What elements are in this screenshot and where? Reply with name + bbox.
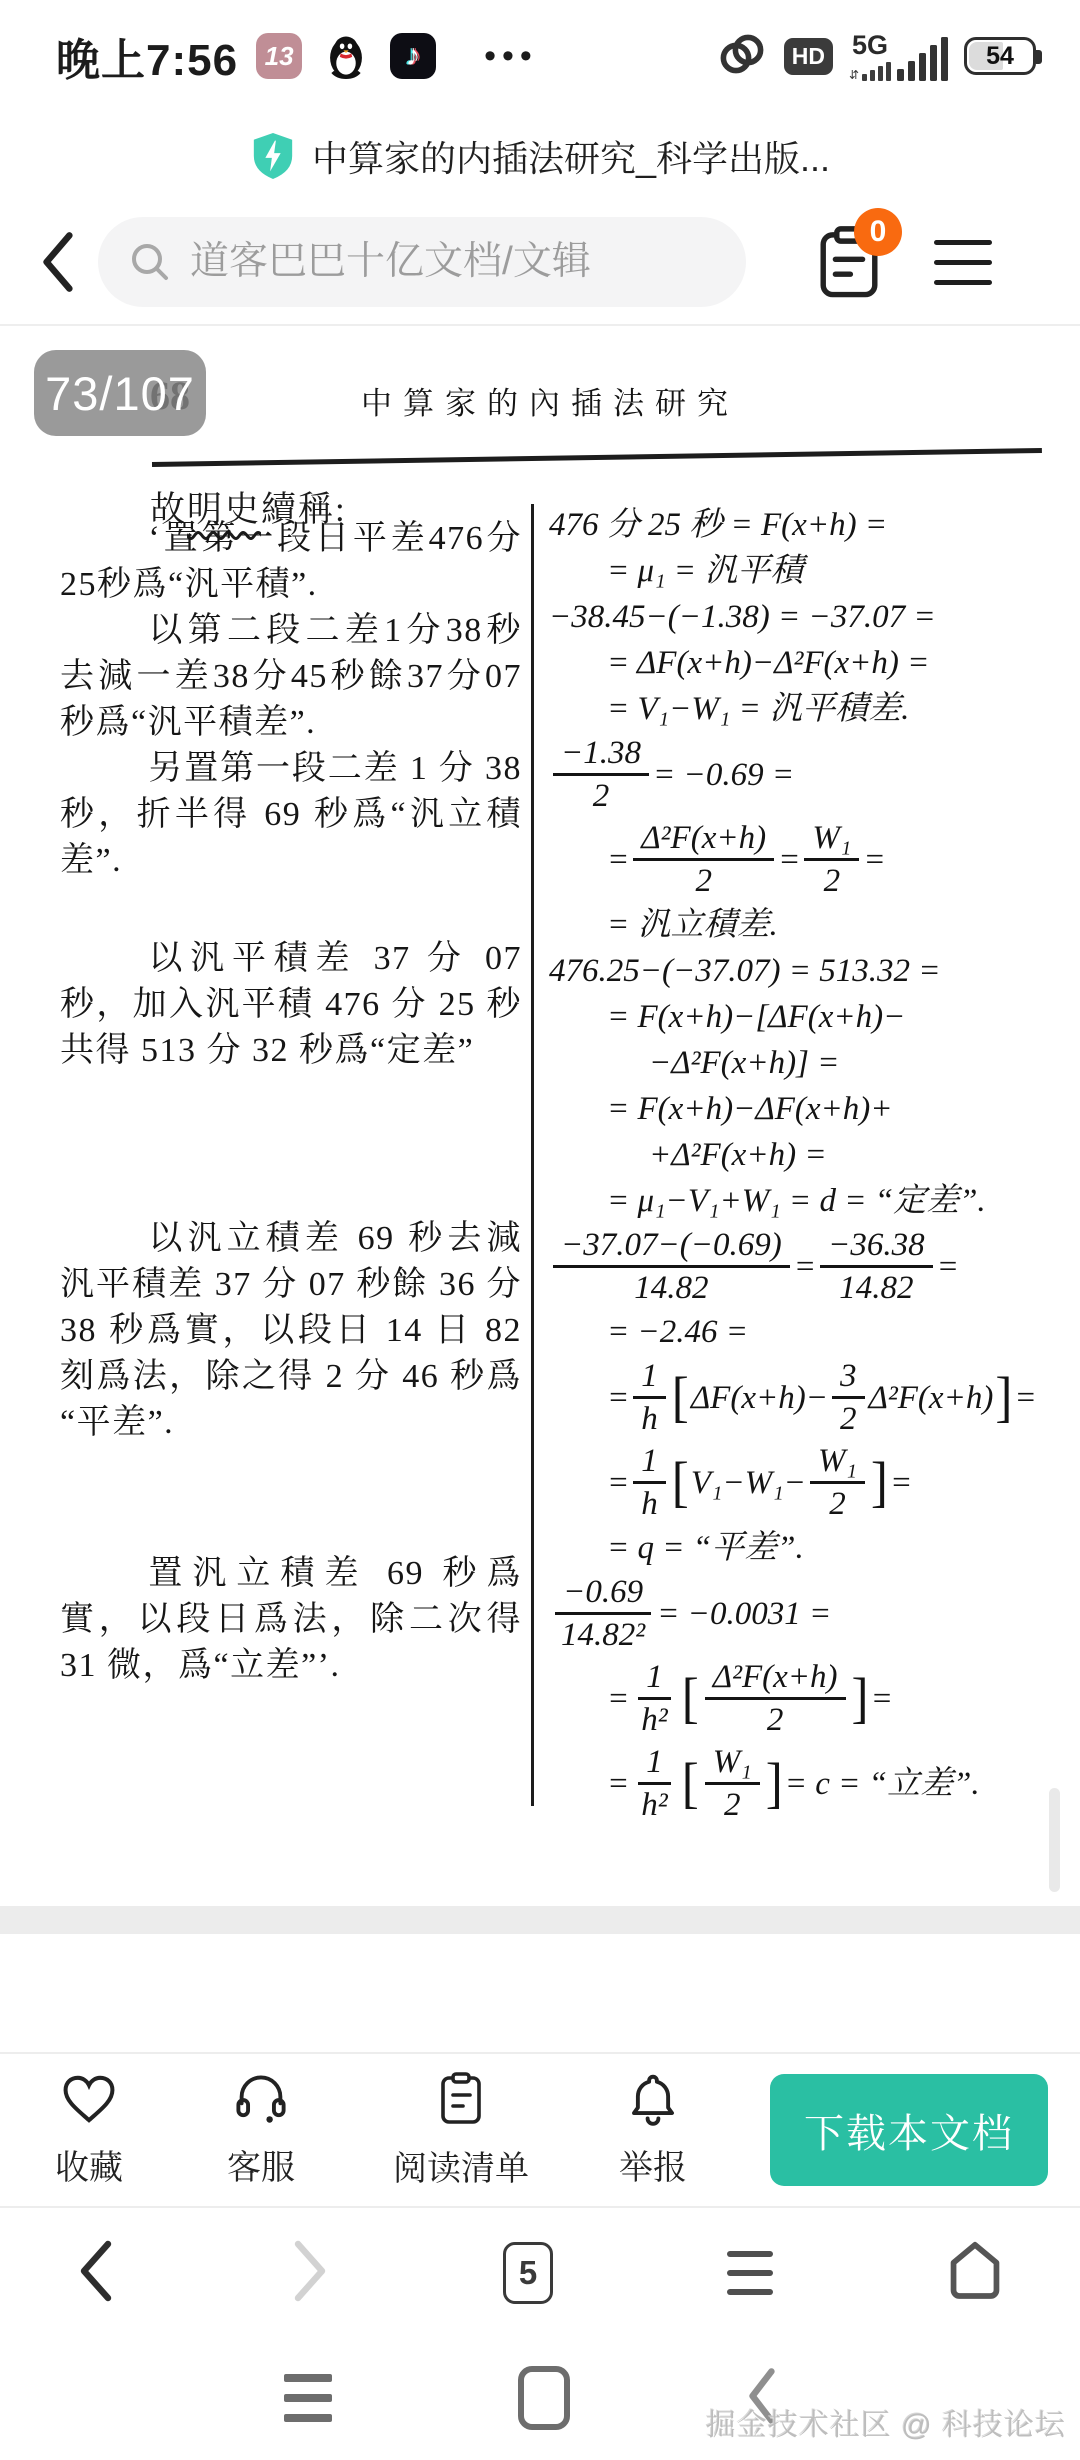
- network-type-label: 5G: [852, 32, 888, 59]
- formula-line: −37.07−(−0.69)14.82 = −36.3814.82 =: [549, 1224, 1065, 1309]
- formula-line: = 1h²[Δ²F(x+h)2] =: [549, 1656, 1065, 1741]
- reading-list-shortcut[interactable]: 0: [816, 224, 882, 300]
- search-icon: [128, 240, 172, 284]
- report-button[interactable]: 举报: [578, 2072, 728, 2189]
- signal-block: 5G ⇵: [849, 32, 948, 81]
- clock: 晚上7:56: [56, 24, 238, 88]
- battery-percent: 54: [986, 42, 1014, 71]
- bottom-toolbar: 收藏 客服 阅读清单 举报: [0, 2052, 1080, 2208]
- signal-bars-sim2-icon: [897, 37, 948, 81]
- more-notifications-dots: •••: [484, 37, 538, 76]
- volte-hd-icon: HD: [784, 38, 833, 75]
- clipboard-badge: 0: [854, 208, 902, 256]
- scrollbar-thumb: [1049, 1788, 1060, 1892]
- formula-column: 476 分 25 秒 = F(x+h) == μ₁ = 汎平積−38.45−(−…: [549, 502, 1065, 1826]
- formula-line: 476 分 25 秒 = F(x+h) =: [549, 502, 1065, 548]
- scan-paragraph: 另置第一段二差 1 分 38 秒，折半得 69 秒爲“汎立積差”.: [60, 746, 522, 884]
- favorite-button[interactable]: 收藏: [14, 2072, 164, 2189]
- doc-title: 中算家的内插法研究_科学出版...: [312, 131, 830, 182]
- formula-line: 476.25−(−37.07) = 513.32 =: [549, 948, 1065, 994]
- status-right: HD 5G ⇵ 54: [716, 32, 1036, 81]
- status-bar: 晚上7:56 13 ♪ •••: [0, 0, 1080, 112]
- tiktok-app-icon: ♪: [390, 33, 436, 79]
- download-document-button[interactable]: 下载本文档: [770, 2074, 1048, 2186]
- page-separator: [0, 1906, 1080, 1934]
- battery-indicator: 54: [964, 37, 1036, 75]
- formula-line: = V₁−W₁ = 汎平積差.: [549, 686, 1065, 732]
- doc-title-row: 中算家的内插法研究_科学出版...: [0, 112, 1080, 200]
- hamburger-menu-button[interactable]: [934, 240, 992, 285]
- formula-line: = q = “平差”.: [549, 1525, 1065, 1571]
- nav-home-button[interactable]: [946, 2240, 1004, 2307]
- formula-line: +Δ²F(x+h) =: [549, 1132, 1065, 1178]
- formula-line: = 1h[ΔF(x+h)−32 Δ²F(x+h)]=: [549, 1355, 1065, 1440]
- tab-count-button[interactable]: 5: [503, 2242, 553, 2304]
- watermark-text: 掘金技术社区 @ 科技论坛: [706, 2400, 1066, 2444]
- formula-line: = −2.46 =: [549, 1309, 1065, 1355]
- browser-nav-bar: 5: [0, 2210, 1080, 2336]
- bell-icon: [627, 2072, 679, 2126]
- headset-icon: [233, 2072, 289, 2126]
- notification-icons: 13 ♪ •••: [256, 33, 538, 79]
- signal-bars-sim1-icon: ⇵: [849, 62, 891, 81]
- formula-line: −0.6914.82² = −0.0031 =: [549, 1571, 1065, 1656]
- scan-paragraph: 以汎平積差 37 分 07 秒，加入汎平積 476 分 25 秒共得 513 分…: [60, 936, 522, 1074]
- left-text-column: ‘置第一段日平差476分25秒爲“汎平積”.以第二段二差1分38秒去減一差38分…: [60, 516, 522, 1689]
- favorite-label: 收藏: [55, 2140, 123, 2189]
- scan-paragraph: 置汎立積差 69 秒爲實，以段日爲法，除二次得 31 微，爲“立差”’.: [60, 1551, 522, 1689]
- formula-line: = Δ²F(x+h)2 = W₁2 =: [549, 817, 1065, 902]
- linked-rings-icon: [716, 32, 768, 81]
- qq-penguin-icon: [324, 33, 368, 79]
- formula-line: −1.382 = −0.69 =: [549, 732, 1065, 817]
- nav-back-button[interactable]: [76, 2238, 116, 2309]
- formula-line: = μ₁ = 汎平積: [549, 548, 1065, 594]
- header-rule: [152, 448, 1042, 466]
- report-label: 举报: [619, 2140, 687, 2189]
- customer-service-label: 客服: [227, 2140, 295, 2189]
- formula-line: = 汎立積差.: [549, 902, 1065, 948]
- document-page: 68 73/107 中算家的內插法研究 故明史續稱: ‘置第一段日平差476分2…: [0, 326, 1080, 1906]
- formula-line: = 1h[ V₁−W₁−W₁2]=: [549, 1440, 1065, 1525]
- browser-top-bar: 0: [0, 200, 1080, 326]
- scan-paragraph: ‘置第一段日平差476分25秒爲“汎平積”.: [60, 516, 522, 608]
- book-header-title: 中算家的內插法研究: [140, 378, 960, 423]
- formula-line: = F(x+h)−[ΔF(x+h)−: [549, 994, 1065, 1040]
- system-nav-bar: 掘金技术社区 @ 科技论坛: [0, 2336, 1080, 2460]
- system-menu-button[interactable]: [284, 2374, 332, 2422]
- column-divider: [531, 504, 534, 1806]
- nav-menu-button[interactable]: [727, 2251, 773, 2295]
- search-bar[interactable]: [98, 217, 746, 307]
- heart-icon: [60, 2072, 118, 2126]
- nav-forward-button[interactable]: [290, 2238, 330, 2309]
- scan-paragraph: 以汎立積差 69 秒去減汎平積差 37 分 07 秒餘 36 分 38 秒爲實，…: [60, 1216, 522, 1446]
- scan-paragraph: 以第二段二差1分38秒去減一差38分45秒餘37分07秒爲“汎平積差”.: [60, 608, 522, 746]
- tab-count: 5: [519, 2254, 537, 2292]
- formula-line: = μ₁−V₁+W₁ = d = “定差”.: [549, 1178, 1065, 1224]
- formula-line: = F(x+h)−ΔF(x+h)+: [549, 1086, 1065, 1132]
- calendar-app-icon: 13: [256, 33, 302, 79]
- reading-list-label: 阅读清单: [393, 2141, 529, 2190]
- customer-service-button[interactable]: 客服: [186, 2072, 336, 2189]
- system-home-button[interactable]: [518, 2366, 570, 2430]
- search-input[interactable]: [190, 240, 716, 284]
- formula-line: = ΔF(x+h)−Δ²F(x+h) =: [549, 640, 1065, 686]
- back-chevron-button[interactable]: [28, 227, 88, 297]
- reading-list-button[interactable]: 阅读清单: [366, 2071, 556, 2190]
- screen: 晚上7:56 13 ♪ •••: [0, 0, 1080, 2460]
- formula-line: −38.45−(−1.38) = −37.07 =: [549, 594, 1065, 640]
- reading-list-icon: [435, 2071, 487, 2127]
- formula-line: = 1h²[W₁2] = c = “立差”.: [549, 1741, 1065, 1826]
- formula-line: −Δ²F(x+h)] =: [549, 1040, 1065, 1086]
- security-shield-icon: [250, 131, 296, 181]
